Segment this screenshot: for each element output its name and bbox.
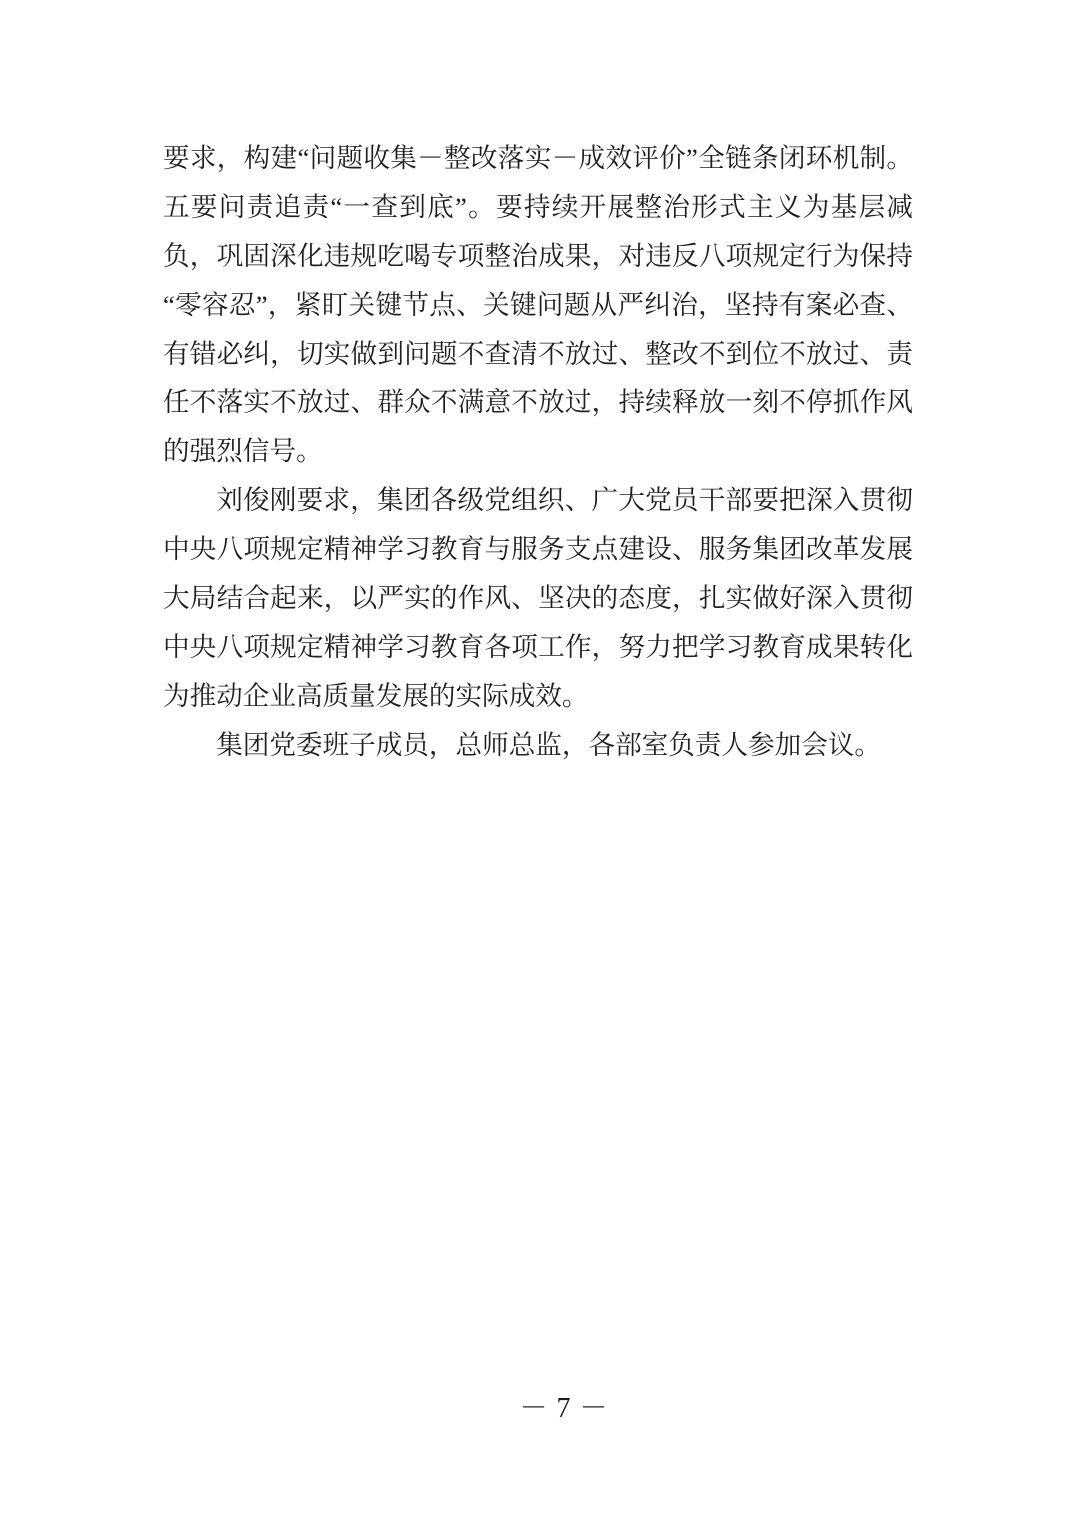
text-line: 负，巩固深化违规吃喝专项整治成果，对违反八项规定行为保持 bbox=[163, 232, 913, 281]
text-line: 有错必纠，切实做到问题不查清不放过、整改不到位不放过、责 bbox=[163, 330, 913, 379]
text-line: 要求，构建“问题收集－整改落实－成效评价”全链条闭环机制。 bbox=[163, 134, 913, 183]
text-line: 中央八项规定精神学习教育与服务支点建设、服务集团改革发展 bbox=[163, 525, 913, 574]
page-footer: － 7 － bbox=[0, 1392, 1074, 1426]
text-line: 刘俊刚要求，集团各级党组织、广大党员干部要把深入贯彻 bbox=[163, 476, 913, 525]
document-page: 要求，构建“问题收集－整改落实－成效评价”全链条闭环机制。五要问责追责“一查到底… bbox=[0, 0, 1074, 1520]
text-line: 中央八项规定精神学习教育各项工作，努力把学习教育成果转化 bbox=[163, 623, 913, 672]
text-line: 为推动企业高质量发展的实际成效。 bbox=[163, 672, 913, 721]
text-line: “零容忍”，紧盯关键节点、关键问题从严纠治，坚持有案必查、 bbox=[163, 281, 913, 330]
text-line: 五要问责追责“一查到底”。要持续开展整治形式主义为基层减 bbox=[163, 183, 913, 232]
text-line: 任不落实不放过、群众不满意不放过，持续释放一刻不停抓作风 bbox=[163, 378, 913, 427]
document-body: 要求，构建“问题收集－整改落实－成效评价”全链条闭环机制。五要问责追责“一查到底… bbox=[163, 134, 913, 770]
page-number: － 7 － bbox=[519, 1393, 608, 1424]
text-line: 集团党委班子成员，总师总监，各部室负责人参加会议。 bbox=[163, 721, 913, 770]
text-line: 大局结合起来，以严实的作风、坚决的态度，扎实做好深入贯彻 bbox=[163, 574, 913, 623]
text-line: 的强烈信号。 bbox=[163, 427, 913, 476]
